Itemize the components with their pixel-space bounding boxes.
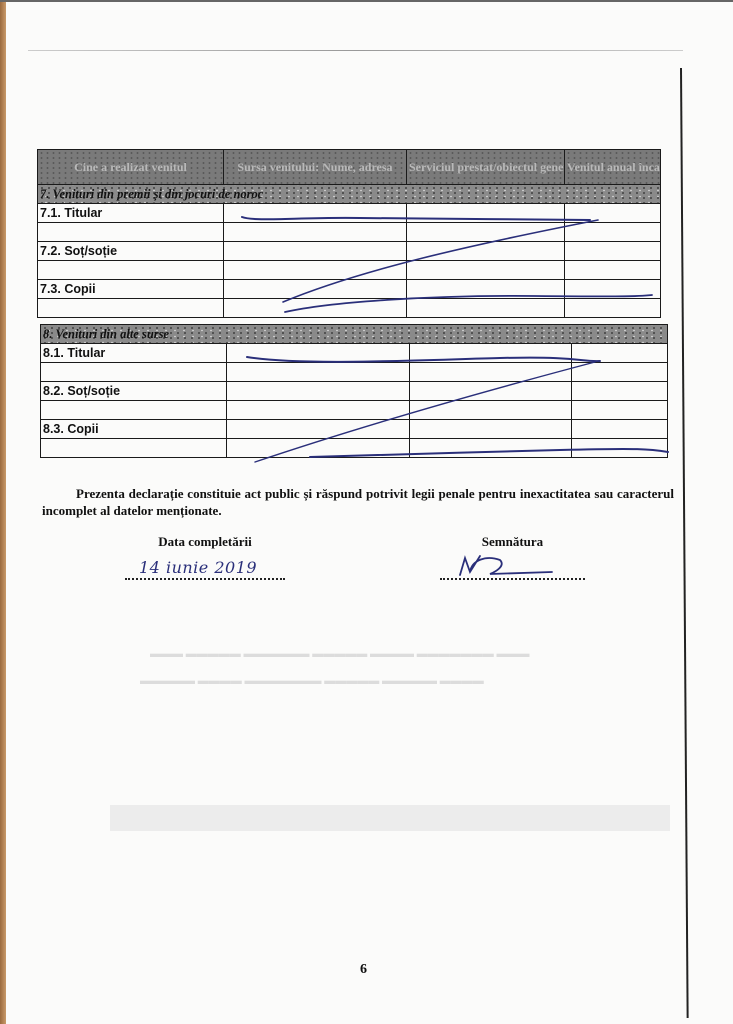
bleed-through-bar: [110, 805, 670, 831]
table-row: [41, 401, 668, 420]
row-label: [41, 439, 227, 458]
table-cell: [572, 439, 668, 458]
table-cell: [224, 204, 407, 223]
table-cell: [224, 223, 407, 242]
table-cell: [227, 401, 410, 420]
row-label: 7.3. Copii: [38, 280, 224, 299]
declaration-text: Prezenta declarație constituie act publi…: [42, 485, 674, 519]
section-7-title-row: 7. Venituri din premii și din jocuri de …: [38, 185, 661, 204]
table-row: 8.1. Titular: [41, 344, 668, 363]
completion-date-label: Data completării: [125, 534, 285, 550]
header-annual-income: Venitul anual încasat: [565, 150, 661, 185]
row-label: [41, 401, 227, 420]
table-cell: [224, 261, 407, 280]
signature-label: Semnătura: [440, 534, 585, 550]
table-cell: [227, 439, 410, 458]
table-row: 7.2. Soț/soție: [38, 242, 661, 261]
section-8-title-row: 8. Venituri din alte surse: [41, 325, 668, 344]
table-cell: [565, 280, 661, 299]
row-label: 7.2. Soț/soție: [38, 242, 224, 261]
row-label: 8.1. Titular: [41, 344, 227, 363]
row-label: 7.1. Titular: [38, 204, 224, 223]
table-cell: [410, 344, 572, 363]
row-label: 8.3. Copii: [41, 420, 227, 439]
table-cell: [565, 204, 661, 223]
table-cell: [572, 420, 668, 439]
table-cell: [565, 299, 661, 318]
table-cell: [572, 382, 668, 401]
table-row: [38, 223, 661, 242]
table-cell: [410, 382, 572, 401]
income-table-section-8: 8. Venituri din alte surse 8.1. Titular8…: [40, 324, 668, 458]
bleed-through-text: ▬▬▬ ▬▬▬▬▬ ▬▬▬▬▬▬ ▬▬▬▬▬ ▬▬▬▬ ▬▬▬▬▬▬▬ ▬▬▬: [150, 648, 530, 660]
section-7-title: 7. Venituri din premii și din jocuri de …: [38, 185, 661, 204]
table-row: 7.1. Titular: [38, 204, 661, 223]
sheet-top-edge: [28, 50, 683, 51]
table-cell: [565, 223, 661, 242]
completion-date-block: Data completării 14 iunie 2019: [125, 534, 285, 580]
table-row: 8.2. Soț/soție: [41, 382, 668, 401]
table-row: [38, 299, 661, 318]
table-cell: [410, 401, 572, 420]
table-header-row: Cine a realizat venitul Sursa venitului:…: [38, 150, 661, 185]
table-cell: [407, 204, 565, 223]
page-number: 6: [360, 962, 367, 978]
header-source: Sursa venitului: Nume, adresa: [224, 150, 407, 185]
table-cell: [410, 420, 572, 439]
row-label: [38, 261, 224, 280]
table-cell: [410, 363, 572, 382]
signature-block: Semnătura: [440, 534, 585, 580]
table-cell: [407, 242, 565, 261]
row-label: [38, 299, 224, 318]
table-cell: [407, 280, 565, 299]
completion-date-value: 14 iunie 2019: [139, 558, 257, 577]
row-label: [41, 363, 227, 382]
table-cell: [224, 299, 407, 318]
table-cell: [410, 439, 572, 458]
table-row: 8.3. Copii: [41, 420, 668, 439]
table-cell: [227, 420, 410, 439]
table-cell: [565, 261, 661, 280]
bleed-through-text: ▬▬▬▬▬ ▬▬▬▬ ▬▬▬▬▬▬▬ ▬▬▬▬▬ ▬▬▬▬▬ ▬▬▬▬: [140, 675, 484, 687]
table-cell: [407, 261, 565, 280]
table-cell: [407, 299, 565, 318]
completion-date-field[interactable]: 14 iunie 2019: [125, 560, 285, 580]
table-row: 7.3. Copii: [38, 280, 661, 299]
header-service: Serviciul prestat/obiectul generator de …: [407, 150, 565, 185]
section-7-rows: 7.1. Titular7.2. Soț/soție7.3. Copii: [38, 204, 661, 318]
row-label: 8.2. Soț/soție: [41, 382, 227, 401]
income-table-section-7: Cine a realizat venitul Sursa venitului:…: [37, 149, 661, 318]
table-row: [41, 363, 668, 382]
table-cell: [224, 280, 407, 299]
table-cell: [407, 223, 565, 242]
table-cell: [227, 363, 410, 382]
section-8-rows: 8.1. Titular8.2. Soț/soție8.3. Copii: [41, 344, 668, 458]
table-cell: [224, 242, 407, 261]
table-row: [41, 439, 668, 458]
table-cell: [572, 363, 668, 382]
table-cell: [227, 344, 410, 363]
table-row: [38, 261, 661, 280]
row-label: [38, 223, 224, 242]
section-8-title: 8. Venituri din alte surse: [41, 325, 668, 344]
table-cell: [565, 242, 661, 261]
signature-field[interactable]: [440, 560, 585, 580]
header-who: Cine a realizat venitul: [38, 150, 224, 185]
table-cell: [572, 401, 668, 420]
table-cell: [227, 382, 410, 401]
table-cell: [572, 344, 668, 363]
